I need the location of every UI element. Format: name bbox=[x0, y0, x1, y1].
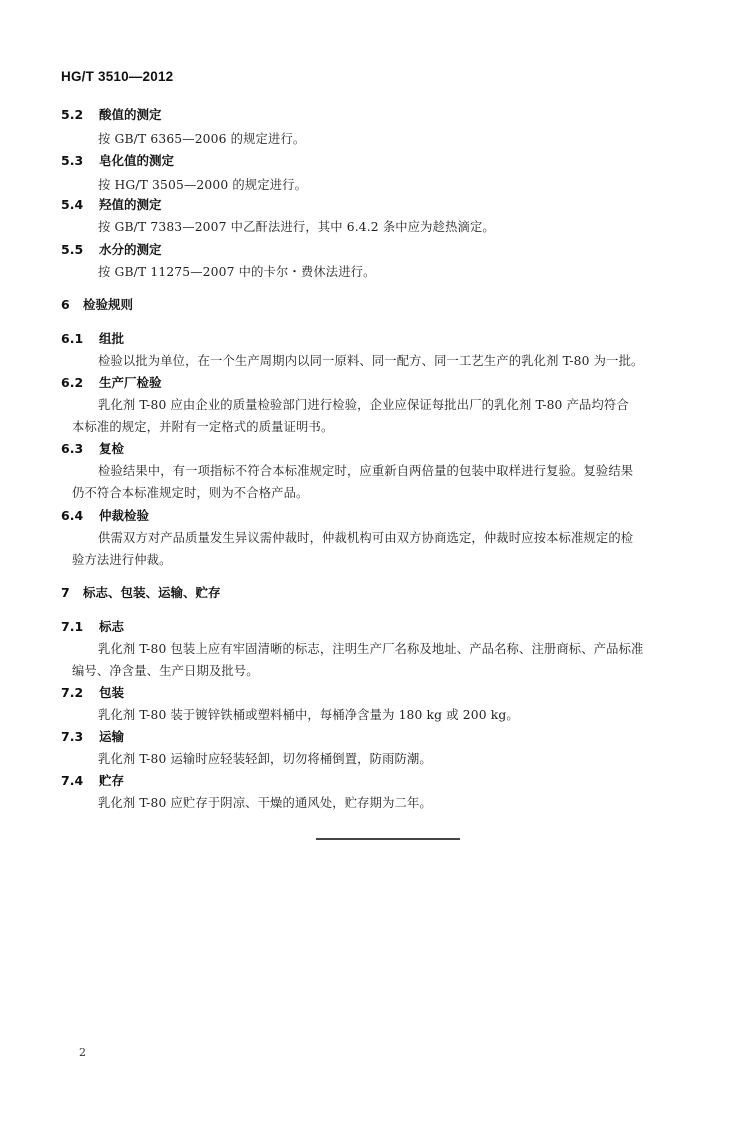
section-text: 乳化剂 T-80 包装上应有牢固清晰的标志，注明生产厂名称及地址、产品名称、注册… bbox=[98, 639, 643, 657]
section-text: 乳化剂 T-80 应贮存于阴凉、干燥的通风处，贮存期为二年。 bbox=[98, 793, 432, 811]
chapter-heading: 6检验规则 bbox=[61, 295, 133, 313]
section-heading: 7.1标志 bbox=[61, 617, 124, 635]
section-text: 验方法进行仲裁。 bbox=[72, 550, 172, 568]
section-heading: 7.2包装 bbox=[61, 683, 124, 701]
section-text: 检验结果中，有一项指标不符合本标准规定时，应重新自两倍量的包装中取样进行复验。复… bbox=[98, 461, 633, 479]
section-heading: 7.4贮存 bbox=[61, 771, 124, 789]
document-page: HG/T 3510—2012 5.2酸值的测定 按 GB/T 6365—2006… bbox=[0, 0, 750, 1127]
chapter-heading: 7标志、包装、运输、贮存 bbox=[61, 583, 221, 601]
standard-code: HG/T 3510—2012 bbox=[61, 69, 173, 84]
section-text: 按 GB/T 11275—2007 中的卡尔・费休法进行。 bbox=[98, 262, 376, 280]
section-text: 供需双方对产品质量发生异议需仲裁时，仲裁机构可由双方协商选定，仲裁时应按本标准规… bbox=[98, 528, 633, 546]
section-heading: 5.3皂化值的测定 bbox=[61, 151, 174, 169]
section-text: 本标准的规定，并附有一定格式的质量证明书。 bbox=[72, 417, 333, 435]
section-heading: 5.2酸值的测定 bbox=[61, 105, 162, 123]
section-heading: 7.3运输 bbox=[61, 727, 124, 745]
section-text: 乳化剂 T-80 装于镀锌铁桶或塑料桶中，每桶净含量为 180 kg 或 200… bbox=[98, 705, 519, 723]
section-heading: 5.5水分的测定 bbox=[61, 240, 162, 258]
section-heading: 6.3复检 bbox=[61, 439, 124, 457]
section-heading: 6.1组批 bbox=[61, 329, 124, 347]
section-heading: 5.4羟值的测定 bbox=[61, 195, 162, 213]
section-heading: 6.2生产厂检验 bbox=[61, 373, 162, 391]
section-text: 检验以批为单位，在一个生产周期内以同一原料、同一配方、同一工艺生产的乳化剂 T-… bbox=[98, 351, 643, 369]
section-heading: 6.4仲裁检验 bbox=[61, 506, 149, 524]
section-text: 按 GB/T 7383—2007 中乙酐法进行，其中 6.4.2 条中应为趁热滴… bbox=[98, 217, 495, 235]
section-text: 仍不符合本标准规定时，则为不合格产品。 bbox=[72, 483, 309, 501]
section-text: 乳化剂 T-80 运输时应轻装轻卸，切勿将桶倒置，防雨防潮。 bbox=[98, 749, 432, 767]
end-rule bbox=[316, 838, 460, 840]
section-text: 按 GB/T 6365—2006 的规定进行。 bbox=[98, 129, 305, 147]
section-text: 按 HG/T 3505—2000 的规定进行。 bbox=[98, 175, 307, 193]
section-text: 乳化剂 T-80 应由企业的质量检验部门进行检验，企业应保证每批出厂的乳化剂 T… bbox=[98, 395, 629, 413]
page-number: 2 bbox=[79, 1046, 86, 1059]
section-text: 编号、净含量、生产日期及批号。 bbox=[72, 661, 259, 679]
